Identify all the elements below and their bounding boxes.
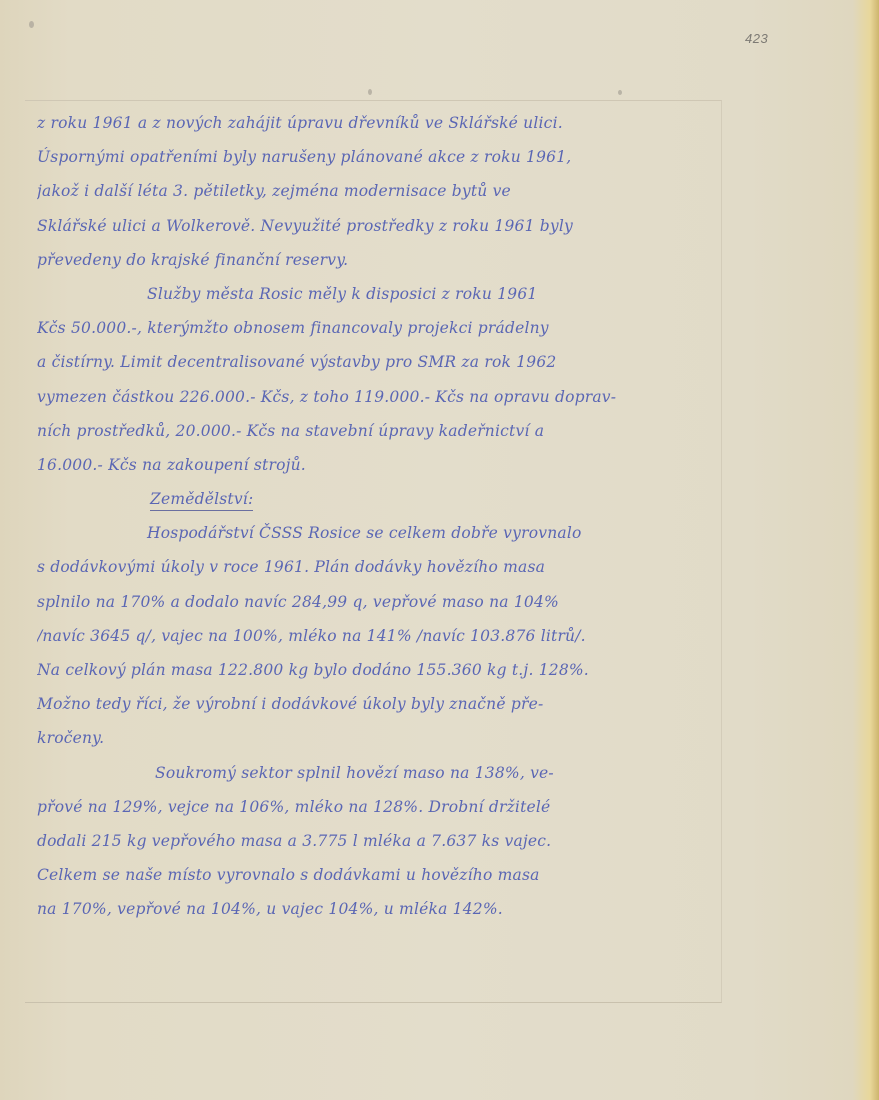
text-line: Úspornými opatřeními byly narušeny pláno…: [37, 140, 717, 174]
handwritten-text-body: z roku 1961 a z nových zahájit úpravu dř…: [37, 106, 717, 927]
text-line: a čistírny. Limit decentralisované výsta…: [37, 345, 717, 379]
text-line: /navíc 3645 q/, vajec na 100%, mléko na …: [37, 619, 717, 653]
text-line: Na celkový plán masa 122.800 kg bylo dod…: [37, 653, 717, 687]
text-line: Možno tedy říci, že výrobní i dodávkové …: [37, 687, 717, 721]
text-line: na 170%, vepřové na 104%, u vajec 104%, …: [37, 892, 717, 926]
text-line: kročeny.: [37, 721, 717, 755]
text-line: dodali 215 kg vepřového masa a 3.775 l m…: [37, 824, 717, 858]
text-line: Celkem se naše místo vyrovnalo s dodávka…: [37, 858, 717, 892]
text-line: jakož i další léta 3. pětiletky, zejména…: [37, 174, 717, 208]
text-line: splnilo na 170% a dodalo navíc 284,99 q,…: [37, 585, 717, 619]
paper-blemish: [29, 21, 34, 28]
paper-blemish: [368, 89, 372, 95]
text-line: ních prostředků, 20.000.- Kčs na stavebn…: [37, 414, 717, 448]
text-line: vymezen částkou 226.000.- Kčs, z toho 11…: [37, 380, 717, 414]
paper-blemish: [618, 90, 622, 95]
section-heading-agriculture: Zemědělství:: [150, 490, 253, 511]
paragraph-start-line: Služby města Rosic měly k disposici z ro…: [37, 277, 717, 311]
text-line: 16.000.- Kčs na zakoupení strojů.: [37, 448, 717, 482]
text-line: s dodávkovými úkoly v roce 1961. Plán do…: [37, 550, 717, 584]
section-heading-line: Zemědělství:: [37, 482, 717, 516]
text-line: převedeny do krajské finanční reservy.: [37, 243, 717, 277]
text-line: Kčs 50.000.-, kterýmžto obnosem financov…: [37, 311, 717, 345]
text-line: Sklářské ulici a Wolkerově. Nevyužité pr…: [37, 209, 717, 243]
page-number: 423: [745, 31, 768, 46]
text-line: z roku 1961 a z nových zahájit úpravu dř…: [37, 106, 717, 140]
paragraph-start-line: Soukromý sektor splnil hovězí maso na 13…: [37, 756, 717, 790]
paragraph-start-line: Hospodářství ČSSS Rosice se celkem dobře…: [37, 516, 717, 550]
text-line: přové na 129%, vejce na 106%, mléko na 1…: [37, 790, 717, 824]
